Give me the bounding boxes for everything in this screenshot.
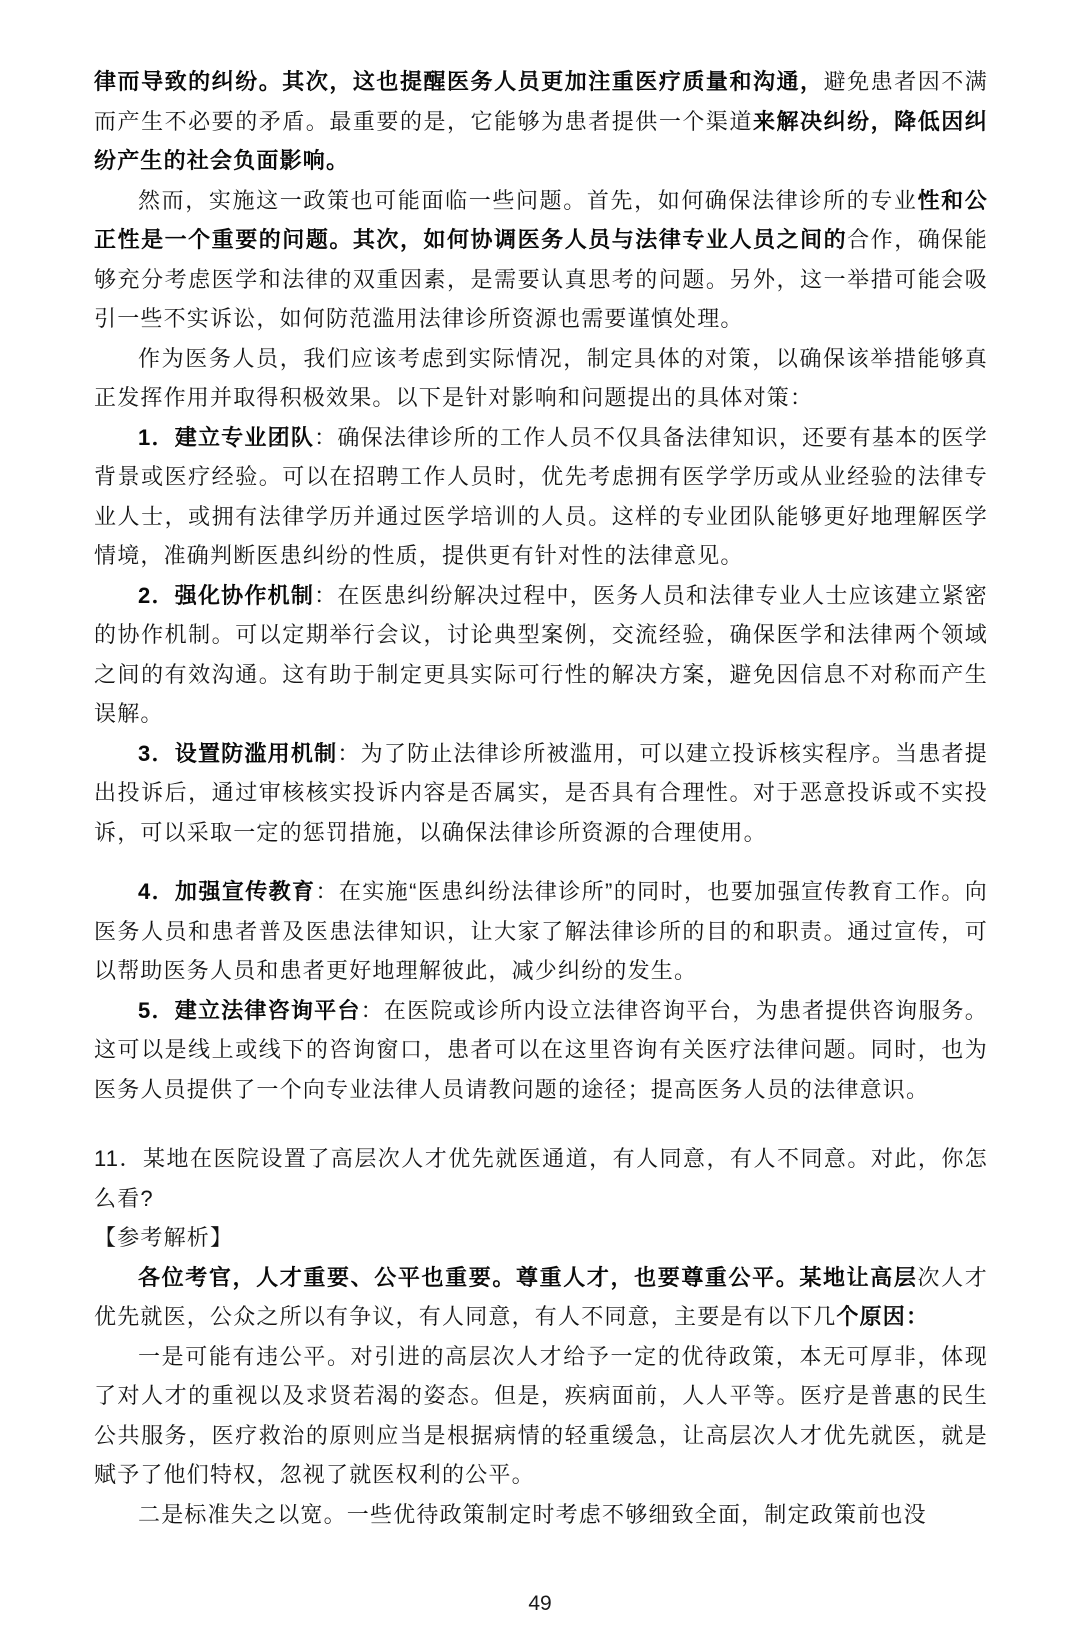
bold-run: 4．加强宣传教育 [138, 879, 315, 904]
label-reference-analysis: 【参考解析】 [94, 1218, 988, 1258]
item-2-collaboration-mechanism: 2．强化协作机制：在医患纠纷解决过程中，医务人员和法律专业人士应该建立紧密的协作… [94, 576, 988, 734]
item-3-anti-abuse-mechanism: 3．设置防滥用机制：为了防止法律诊所被滥用，可以建立投诉核实程序。当患者提出投诉… [94, 734, 988, 853]
text-run: 11．某地在医院设置了高层次人才优先就医通道，有人同意，有人不同意。对此，你怎么… [94, 1146, 988, 1211]
bold-run: 各位考官，人才重要、公平也重要。尊重人才，也要尊重公平。某地让高层 [138, 1265, 918, 1290]
question-11: 11．某地在医院设置了高层次人才优先就医通道，有人同意，有人不同意。对此，你怎么… [94, 1139, 988, 1218]
item-5-legal-consultation-platform: 5．建立法律咨询平台：在医院或诊所内设立法律咨询平台，为患者提供咨询服务。这可以… [94, 991, 988, 1110]
text-run: 作为医务人员，我们应该考虑到实际情况，制定具体的对策，以确保该举措能够真正发挥作… [94, 346, 988, 411]
document-body: 律而导致的纠纷。其次，这也提醒医务人员更加注重医疗质量和沟通，避免患者因不满而产… [94, 62, 988, 1534]
bold-run: 个原因： [836, 1304, 929, 1329]
page-number: 49 [0, 1592, 1080, 1616]
para-reason-1-fairness: 一是可能有违公平。对引进的高层次人才给予一定的优待政策，本无可厚非，体现了对人才… [94, 1337, 988, 1495]
bold-run: 律而导致的纠纷。其次，这也提醒医务人员更加注重医疗质量和沟通， [94, 69, 824, 94]
text-run: 二是标准失之以宽。一些优待政策制定时考虑不够细致全面，制定政策前也没 [138, 1502, 927, 1527]
document-page: 律而导致的纠纷。其次，这也提醒医务人员更加注重医疗质量和沟通，避免患者因不满而产… [0, 0, 1080, 1641]
bold-run: 3．设置防滥用机制 [138, 741, 337, 766]
bold-run: 2．强化协作机制 [138, 583, 314, 608]
text-run: 【参考解析】 [94, 1225, 233, 1250]
text-run: 一是可能有违公平。对引进的高层次人才给予一定的优待政策，本无可厚非，体现了对人才… [94, 1344, 988, 1488]
para-continuation: 律而导致的纠纷。其次，这也提醒医务人员更加注重医疗质量和沟通，避免患者因不满而产… [94, 62, 988, 181]
text-run: 然而，实施这一政策也可能面临一些问题。首先，如何确保法律诊所的专业 [138, 188, 918, 213]
bold-run: 5．建立法律咨询平台 [138, 998, 361, 1023]
para-reason-2-loose-standard: 二是标准失之以宽。一些优待政策制定时考虑不够细致全面，制定政策前也没 [94, 1495, 988, 1535]
para-as-medical-staff: 作为医务人员，我们应该考虑到实际情况，制定具体的对策，以确保该举措能够真正发挥作… [94, 339, 988, 418]
item-4-publicity-education: 4．加强宣传教育：在实施“医患纠纷法律诊所”的同时，也要加强宣传教育工作。向医务… [94, 872, 988, 991]
bold-run: 1．建立专业团队 [138, 425, 314, 450]
para-however-problems: 然而，实施这一政策也可能面临一些问题。首先，如何确保法律诊所的专业性和公正性是一… [94, 181, 988, 339]
para-examiners-opening: 各位考官，人才重要、公平也重要。尊重人才，也要尊重公平。某地让高层次人才优先就医… [94, 1258, 988, 1337]
item-1-professional-team: 1．建立专业团队：确保法律诊所的工作人员不仅具备法律知识，还要有基本的医学背景或… [94, 418, 988, 576]
